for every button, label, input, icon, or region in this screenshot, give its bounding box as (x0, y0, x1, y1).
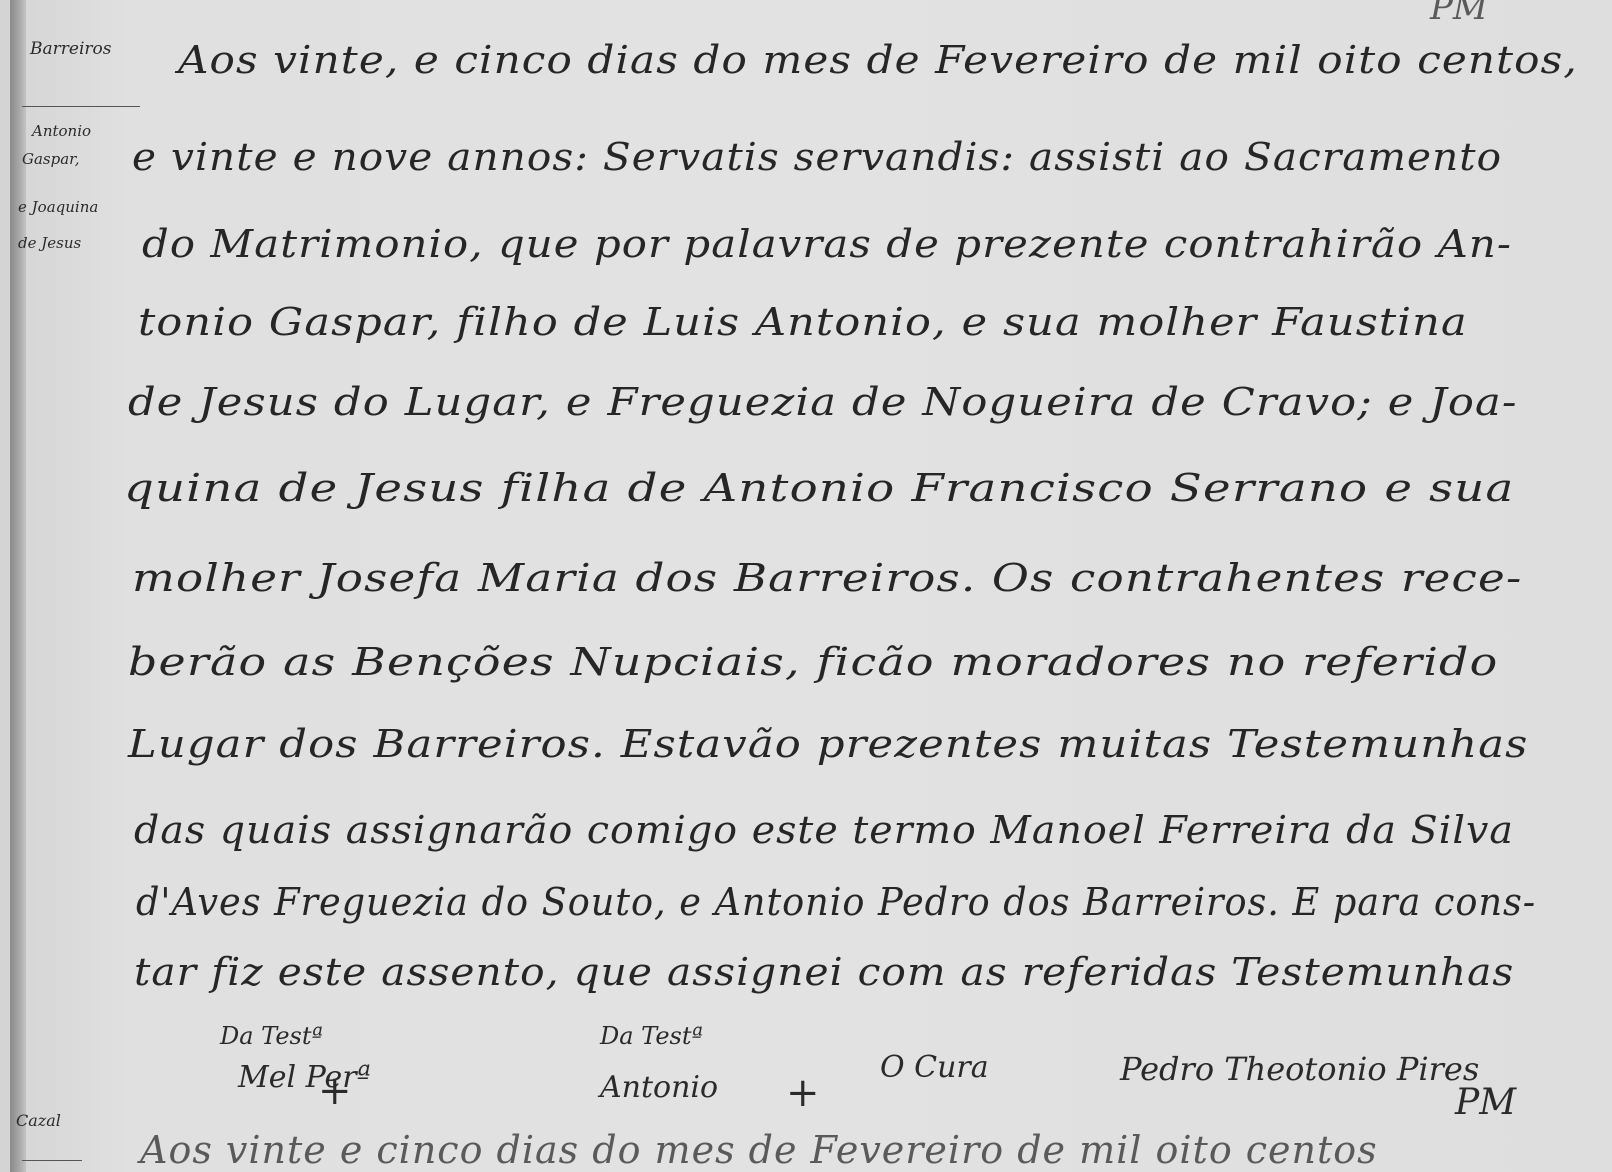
body-line-2: e vinte e nove annos: Servatis servandis… (132, 135, 1502, 179)
witness2-name: Antonio (600, 1070, 718, 1105)
body-line-8: berão as Benções Nupciais, ficão morador… (128, 640, 1498, 684)
body-line-11: d'Aves Freguezia do Souto, e Antonio Ped… (136, 880, 1536, 924)
body-line-6: quina de Jesus filha de Antonio Francisc… (124, 466, 1515, 510)
witness2-note: Da Testª (600, 1022, 703, 1050)
next-entry-line-1: Aos vinte e cinco dias do mes de Feverei… (140, 1128, 1378, 1172)
top-rubric: PM (1430, 0, 1488, 28)
body-line-9: Lugar dos Barreiros. Estavão prezentes m… (128, 722, 1528, 766)
witness1-note: Da Testª (220, 1022, 323, 1050)
binding-edge (10, 0, 26, 1172)
priest-prefix: O Cura (880, 1050, 989, 1085)
body-line-10: das quais assignarão comigo este termo M… (134, 808, 1514, 852)
next-entry-margin-label: Cazal (16, 1110, 61, 1132)
body-line-1: Aos vinte, e cinco dias do mes de Fevere… (178, 38, 1578, 82)
margin-name-4: de Jesus (18, 232, 81, 254)
manuscript-page: PM Barreiros Antonio Gaspar, e Joaquina … (0, 0, 1612, 1172)
margin-place-label: Barreiros (30, 38, 111, 60)
body-line-4: tonio Gaspar, filho de Luis Antonio, e s… (138, 300, 1468, 344)
margin-name-2: Gaspar, (22, 148, 79, 170)
body-line-12: tar fiz este assento, que assignei com a… (134, 950, 1514, 994)
margin-name-1: Antonio (32, 120, 91, 142)
witness2-cross: + (786, 1070, 820, 1116)
body-line-7: molher Josefa Maria dos Barreiros. Os co… (132, 556, 1522, 600)
next-entry-divider (22, 1160, 82, 1161)
priest-rubric: PM (1455, 1082, 1516, 1123)
witness1-cross: + (318, 1068, 352, 1114)
priest-signature: Pedro Theotonio Pires (1120, 1050, 1479, 1088)
body-line-3: do Matrimonio, que por palavras de preze… (142, 222, 1512, 266)
body-line-5: de Jesus do Lugar, e Freguezia de Noguei… (128, 380, 1518, 424)
margin-name-3: e Joaquina (18, 196, 98, 218)
margin-divider (22, 106, 140, 107)
